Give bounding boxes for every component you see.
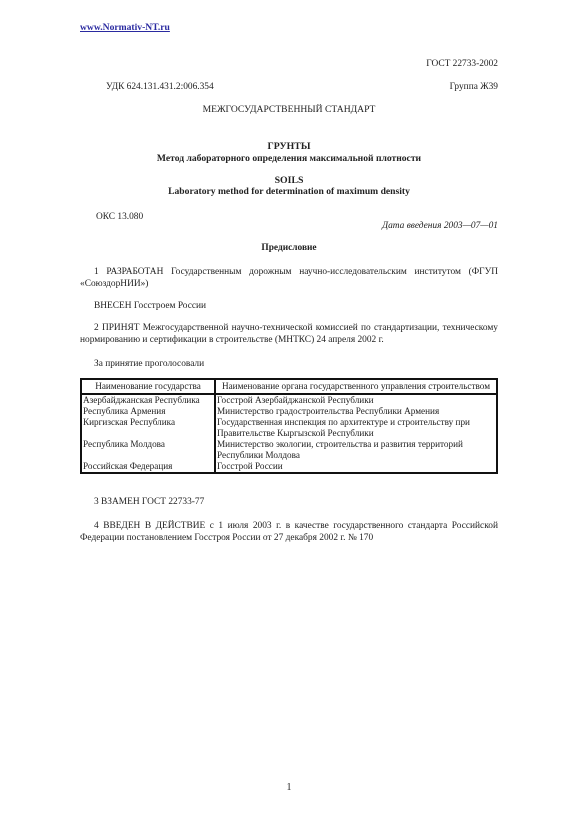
- table-row: Республика Молдова Министерство экологии…: [81, 439, 497, 461]
- voting-states-table: Наименование государства Наименование ор…: [80, 378, 498, 474]
- preface-paragraph-2: ВНЕСЕН Госстроем России: [80, 300, 498, 312]
- title-en-sub: Laboratory method for determination of m…: [0, 186, 578, 197]
- title-ru-main: ГРУНТЫ: [0, 141, 578, 152]
- preface-paragraph-4: За принятие проголосовали: [80, 358, 498, 370]
- table-row: Российская Федерация Госстрой России: [81, 461, 497, 473]
- standard-type: МЕЖГОСУДАРСТВЕННЫЙ СТАНДАРТ: [0, 104, 578, 115]
- table-row: Азербайджанская Республика Госстрой Азер…: [81, 394, 497, 406]
- column-header-state: Наименование государства: [81, 379, 215, 394]
- group-code: Группа Ж39: [450, 82, 498, 92]
- preface-paragraph-3: 2 ПРИНЯТ Межгосударственной научно-техни…: [80, 322, 498, 346]
- gost-number: ГОСТ 22733-2002: [426, 59, 498, 69]
- title-ru-sub: Метод лабораторного определения максимал…: [0, 153, 578, 164]
- site-link[interactable]: www.Normativ-NT.ru: [80, 22, 170, 33]
- state-cell: Республика Армения: [81, 406, 215, 417]
- state-cell: Республика Молдова: [81, 439, 215, 461]
- preface-paragraph-5: 3 ВЗАМЕН ГОСТ 22733-77: [80, 496, 498, 508]
- table-header-row: Наименование государства Наименование ор…: [81, 379, 497, 394]
- table-row: Республика Армения Министерство градостр…: [81, 406, 497, 417]
- preface-paragraph-1: 1 РАЗРАБОТАН Государственным дорожным на…: [80, 266, 498, 290]
- intro-date: Дата введения 2003—07—01: [382, 221, 498, 231]
- authority-cell: Госстрой России: [215, 461, 497, 473]
- title-en-main: SOILS: [0, 175, 578, 186]
- preface-heading: Предисловие: [0, 243, 578, 253]
- authority-cell: Министерство экологии, строительства и р…: [215, 439, 497, 461]
- state-cell: Азербайджанская Республика: [81, 394, 215, 406]
- page-number: 1: [0, 782, 578, 793]
- authority-cell: Государственная инспекция по архитектуре…: [215, 417, 497, 439]
- oks-code: ОКС 13.080: [96, 212, 143, 222]
- column-header-authority: Наименование органа государственного упр…: [215, 379, 497, 394]
- authority-cell: Министерство градостроительства Республи…: [215, 406, 497, 417]
- authority-cell: Госстрой Азербайджанской Республики: [215, 394, 497, 406]
- state-cell: Российская Федерация: [81, 461, 215, 473]
- udk-code: УДК 624.131.431.2:006.354: [106, 82, 214, 92]
- preface-paragraph-6: 4 ВВЕДЕН В ДЕЙСТВИЕ с 1 июля 2003 г. в к…: [80, 520, 498, 544]
- state-cell: Киргизская Республика: [81, 417, 215, 439]
- table-row: Киргизская Республика Государственная ин…: [81, 417, 497, 439]
